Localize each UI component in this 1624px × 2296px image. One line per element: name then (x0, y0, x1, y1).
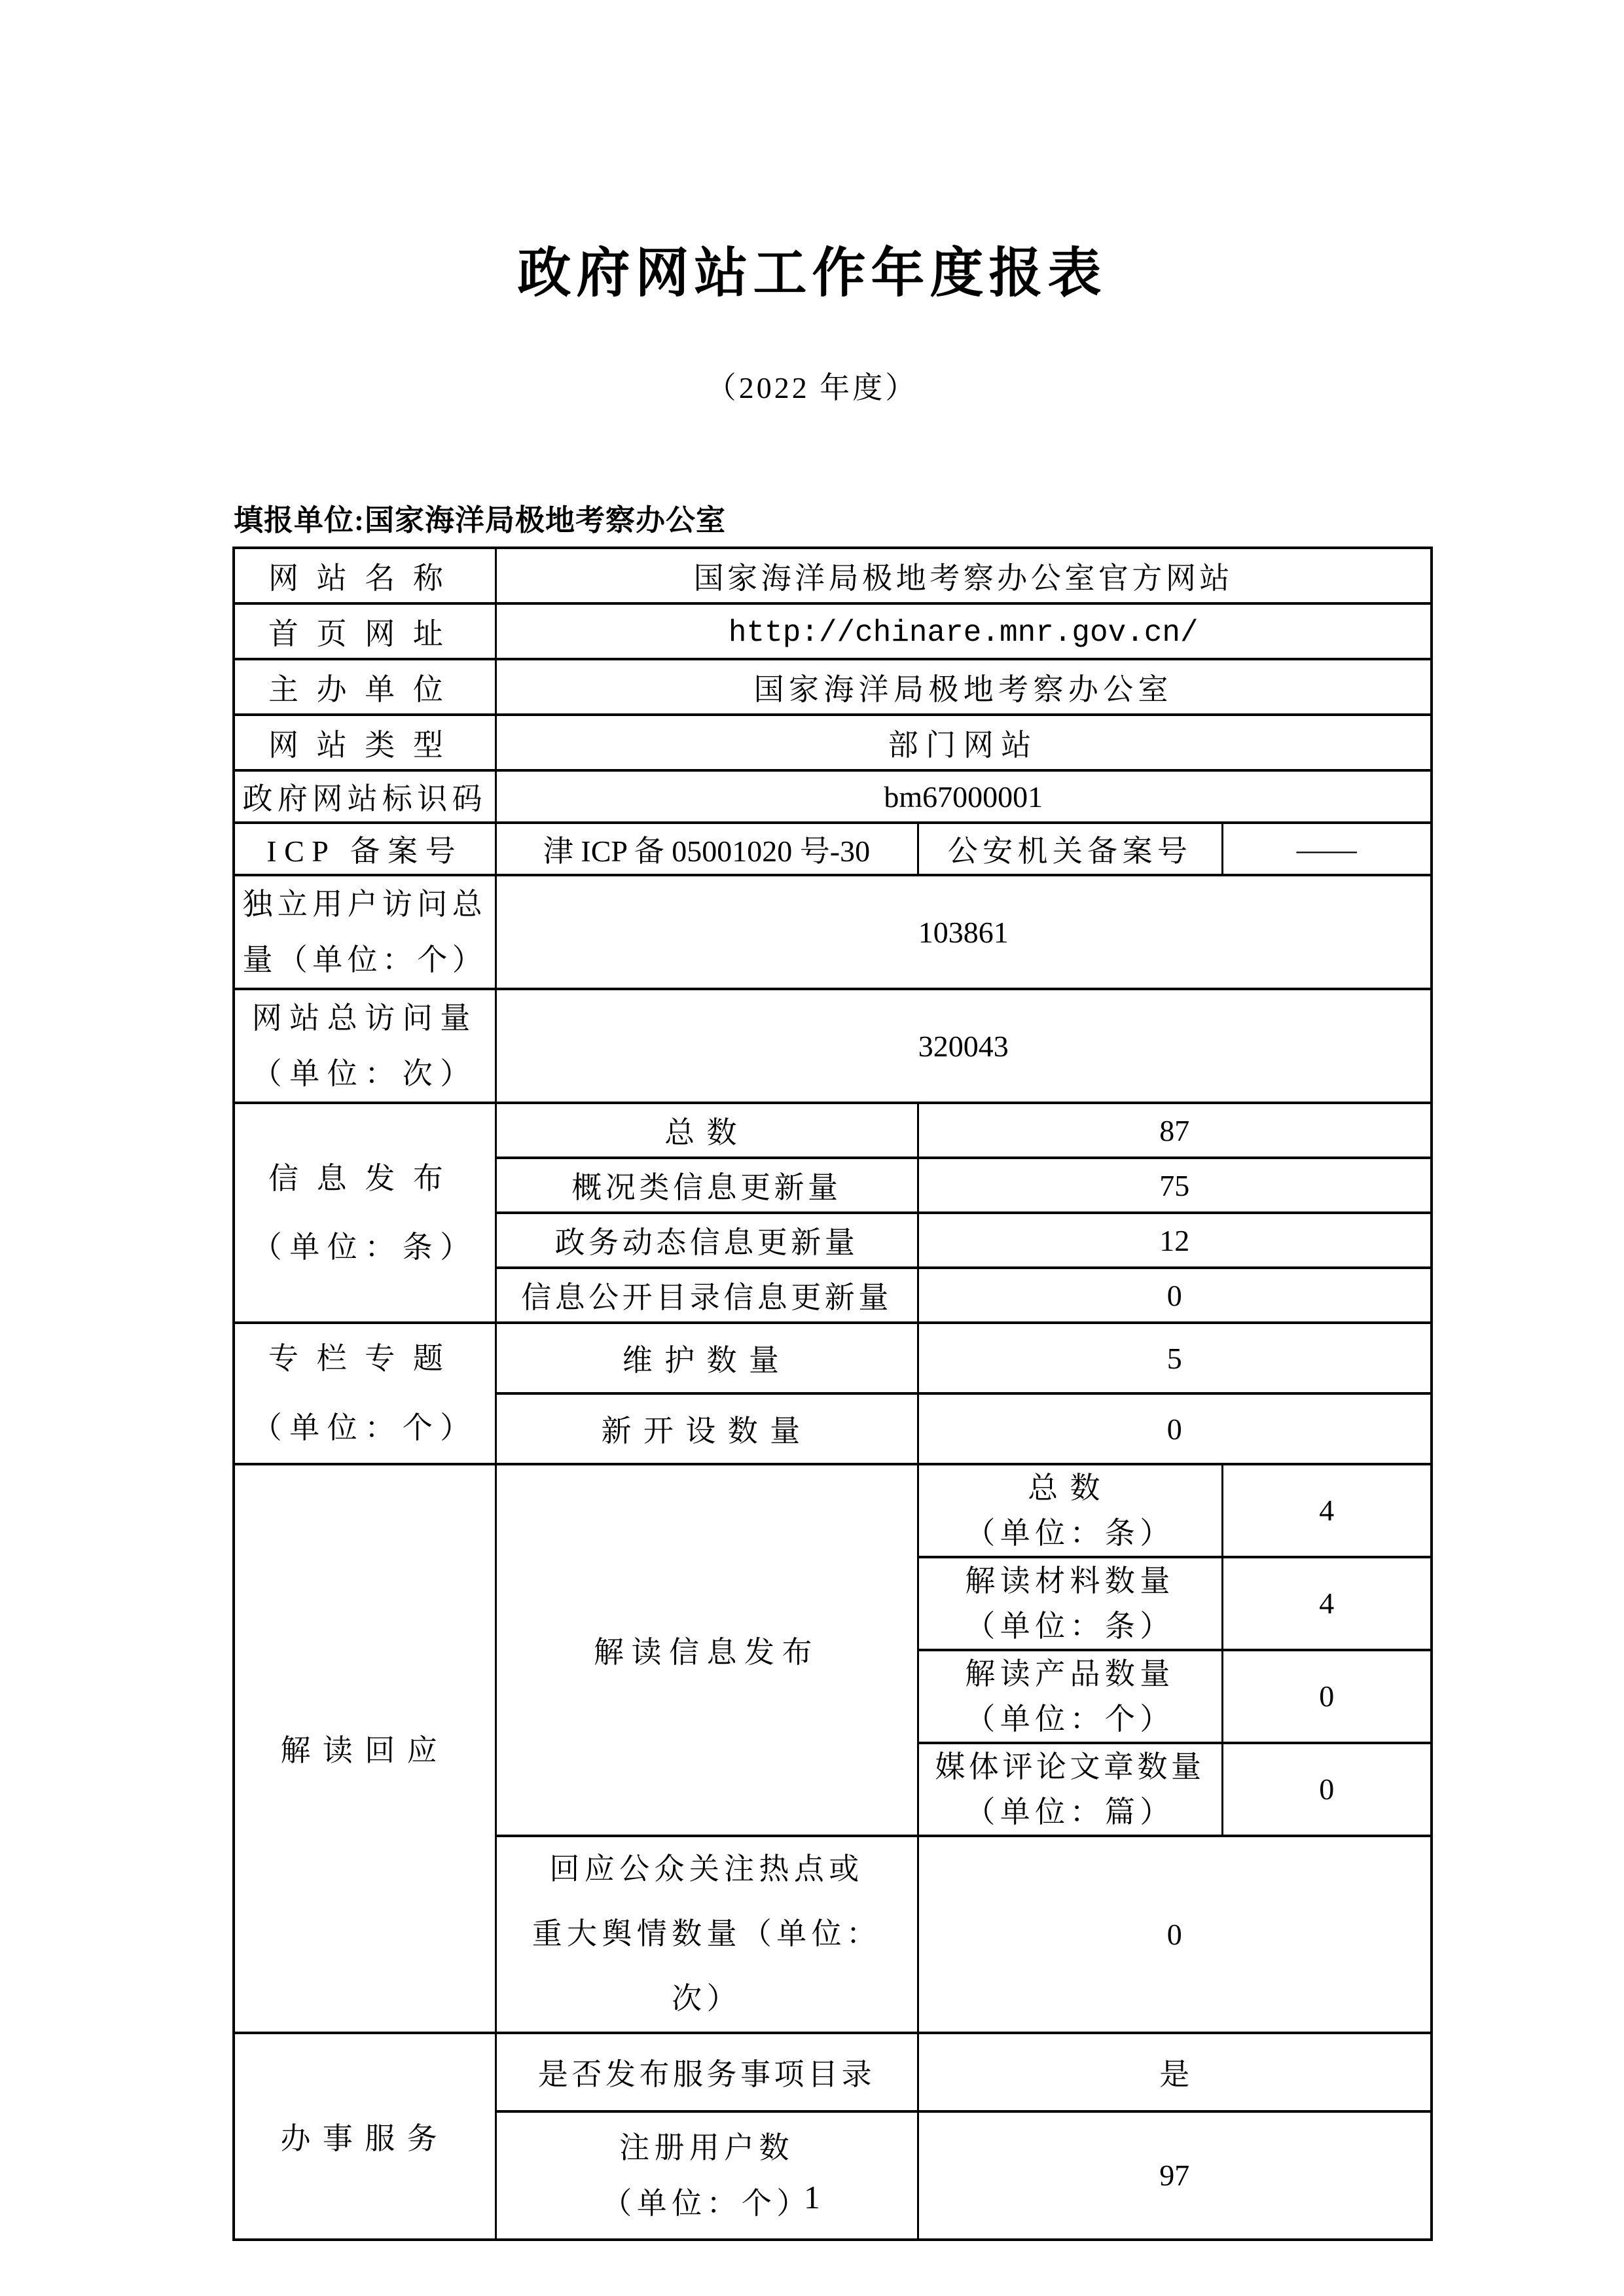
overview-updates-label: 概况类信息更新量 (496, 1158, 918, 1213)
sponsor-value: 国家海洋局极地考察办公室 (496, 659, 1432, 715)
hot-response-value: 0 (918, 1836, 1432, 2033)
interp-media-label: 媒体评论文章数量 （单位：篇） (918, 1743, 1222, 1836)
row-icp: ICP 备案号 津 ICP 备 05001020 号-30 公安机关备案号 —— (234, 823, 1432, 875)
row-total-visits: 网站总访问量 （单位：次） 320043 (234, 989, 1432, 1103)
interp-materials-label: 解读材料数量 （单位：条） (918, 1557, 1222, 1650)
catalog-updates-value: 0 (918, 1268, 1432, 1323)
interp-total-label: 总数 （单位：条） (918, 1464, 1222, 1557)
interp-total-value: 4 (1222, 1464, 1432, 1557)
info-publish-total-label: 总数 (496, 1103, 918, 1158)
unique-visitors-value: 103861 (496, 875, 1432, 989)
gov-dynamic-updates-value: 12 (918, 1213, 1432, 1268)
report-document: { "page": { "title": "政府网站工作年度报表", "subt… (0, 0, 1624, 2296)
site-code-value: bm67000001 (496, 770, 1432, 823)
columns-new-label: 新开设数量 (496, 1393, 918, 1464)
special-columns-label: 专栏专题 （单位：个） (234, 1323, 496, 1464)
columns-new-value: 0 (918, 1393, 1432, 1464)
site-code-label: 政府网站标识码 (234, 770, 496, 823)
filing-unit-label: 填报单位:国家海洋局极地考察办公室 (234, 496, 726, 539)
icp-value: 津 ICP 备 05001020 号-30 (496, 823, 918, 875)
total-visits-value: 320043 (496, 989, 1432, 1103)
page-number: 1 (0, 2178, 1624, 2216)
site-type-value: 部门网站 (496, 715, 1432, 770)
service-catalog-label: 是否发布服务事项目录 (496, 2033, 918, 2111)
row-unique-visitors: 独立用户访问总 量（单位：个） 103861 (234, 875, 1432, 989)
columns-maintained-value: 5 (918, 1323, 1432, 1393)
hot-response-label: 回应公众关注热点或 重大舆情数量（单位： 次） (496, 1836, 918, 2033)
columns-maintained-label: 维护数量 (496, 1323, 918, 1393)
site-name-value: 国家海洋局极地考察办公室官方网站 (496, 548, 1432, 603)
interp-products-value: 0 (1222, 1650, 1432, 1743)
interpretation-label: 解读回应 (234, 1464, 496, 2033)
row-site-type: 网站类型 部门网站 (234, 715, 1432, 770)
service-catalog-value: 是 (918, 2033, 1432, 2111)
gov-dynamic-updates-label: 政务动态信息更新量 (496, 1213, 918, 1268)
registered-users-label: 注册用户数 （单位：个） (496, 2111, 918, 2240)
row-sponsor: 主办单位 国家海洋局极地考察办公室 (234, 659, 1432, 715)
sponsor-label: 主办单位 (234, 659, 496, 715)
row-home-url: 首页网址 http://chinare.mnr.gov.cn/ (234, 603, 1432, 659)
site-name-label: 网站名称 (234, 548, 496, 603)
home-url-value: http://chinare.mnr.gov.cn/ (496, 603, 1432, 659)
icp-label: ICP 备案号 (234, 823, 496, 875)
site-type-label: 网站类型 (234, 715, 496, 770)
interp-products-label: 解读产品数量 （单位：个） (918, 1650, 1222, 1743)
row-service-catalog: 办事服务 是否发布服务事项目录 是 (234, 2033, 1432, 2111)
page-title: 政府网站工作年度报表 (0, 230, 1624, 307)
info-publish-total-value: 87 (918, 1103, 1432, 1158)
home-url-label: 首页网址 (234, 603, 496, 659)
row-site-name: 网站名称 国家海洋局极地考察办公室官方网站 (234, 548, 1432, 603)
overview-updates-value: 75 (918, 1158, 1432, 1213)
catalog-updates-label: 信息公开目录信息更新量 (496, 1268, 918, 1323)
info-publish-label: 信息发布 （单位：条） (234, 1103, 496, 1323)
police-filing-label: 公安机关备案号 (918, 823, 1222, 875)
registered-users-value: 97 (918, 2111, 1432, 2240)
total-visits-label: 网站总访问量 （单位：次） (234, 989, 496, 1103)
unique-visitors-label: 独立用户访问总 量（单位：个） (234, 875, 496, 989)
police-filing-value: —— (1222, 823, 1432, 875)
interp-materials-value: 4 (1222, 1557, 1432, 1650)
row-site-code: 政府网站标识码 bm67000001 (234, 770, 1432, 823)
row-columns-maintained: 专栏专题 （单位：个） 维护数量 5 (234, 1323, 1432, 1393)
annual-report-table: 网站名称 国家海洋局极地考察办公室官方网站 首页网址 http://chinar… (232, 547, 1433, 2241)
page-subtitle: （2022 年度） (0, 364, 1624, 407)
interp-publish-label: 解读信息发布 (496, 1464, 918, 1836)
interp-media-value: 0 (1222, 1743, 1432, 1836)
row-info-publish-total: 信息发布 （单位：条） 总数 87 (234, 1103, 1432, 1158)
row-interp-total: 解读回应 解读信息发布 总数 （单位：条） 4 (234, 1464, 1432, 1557)
